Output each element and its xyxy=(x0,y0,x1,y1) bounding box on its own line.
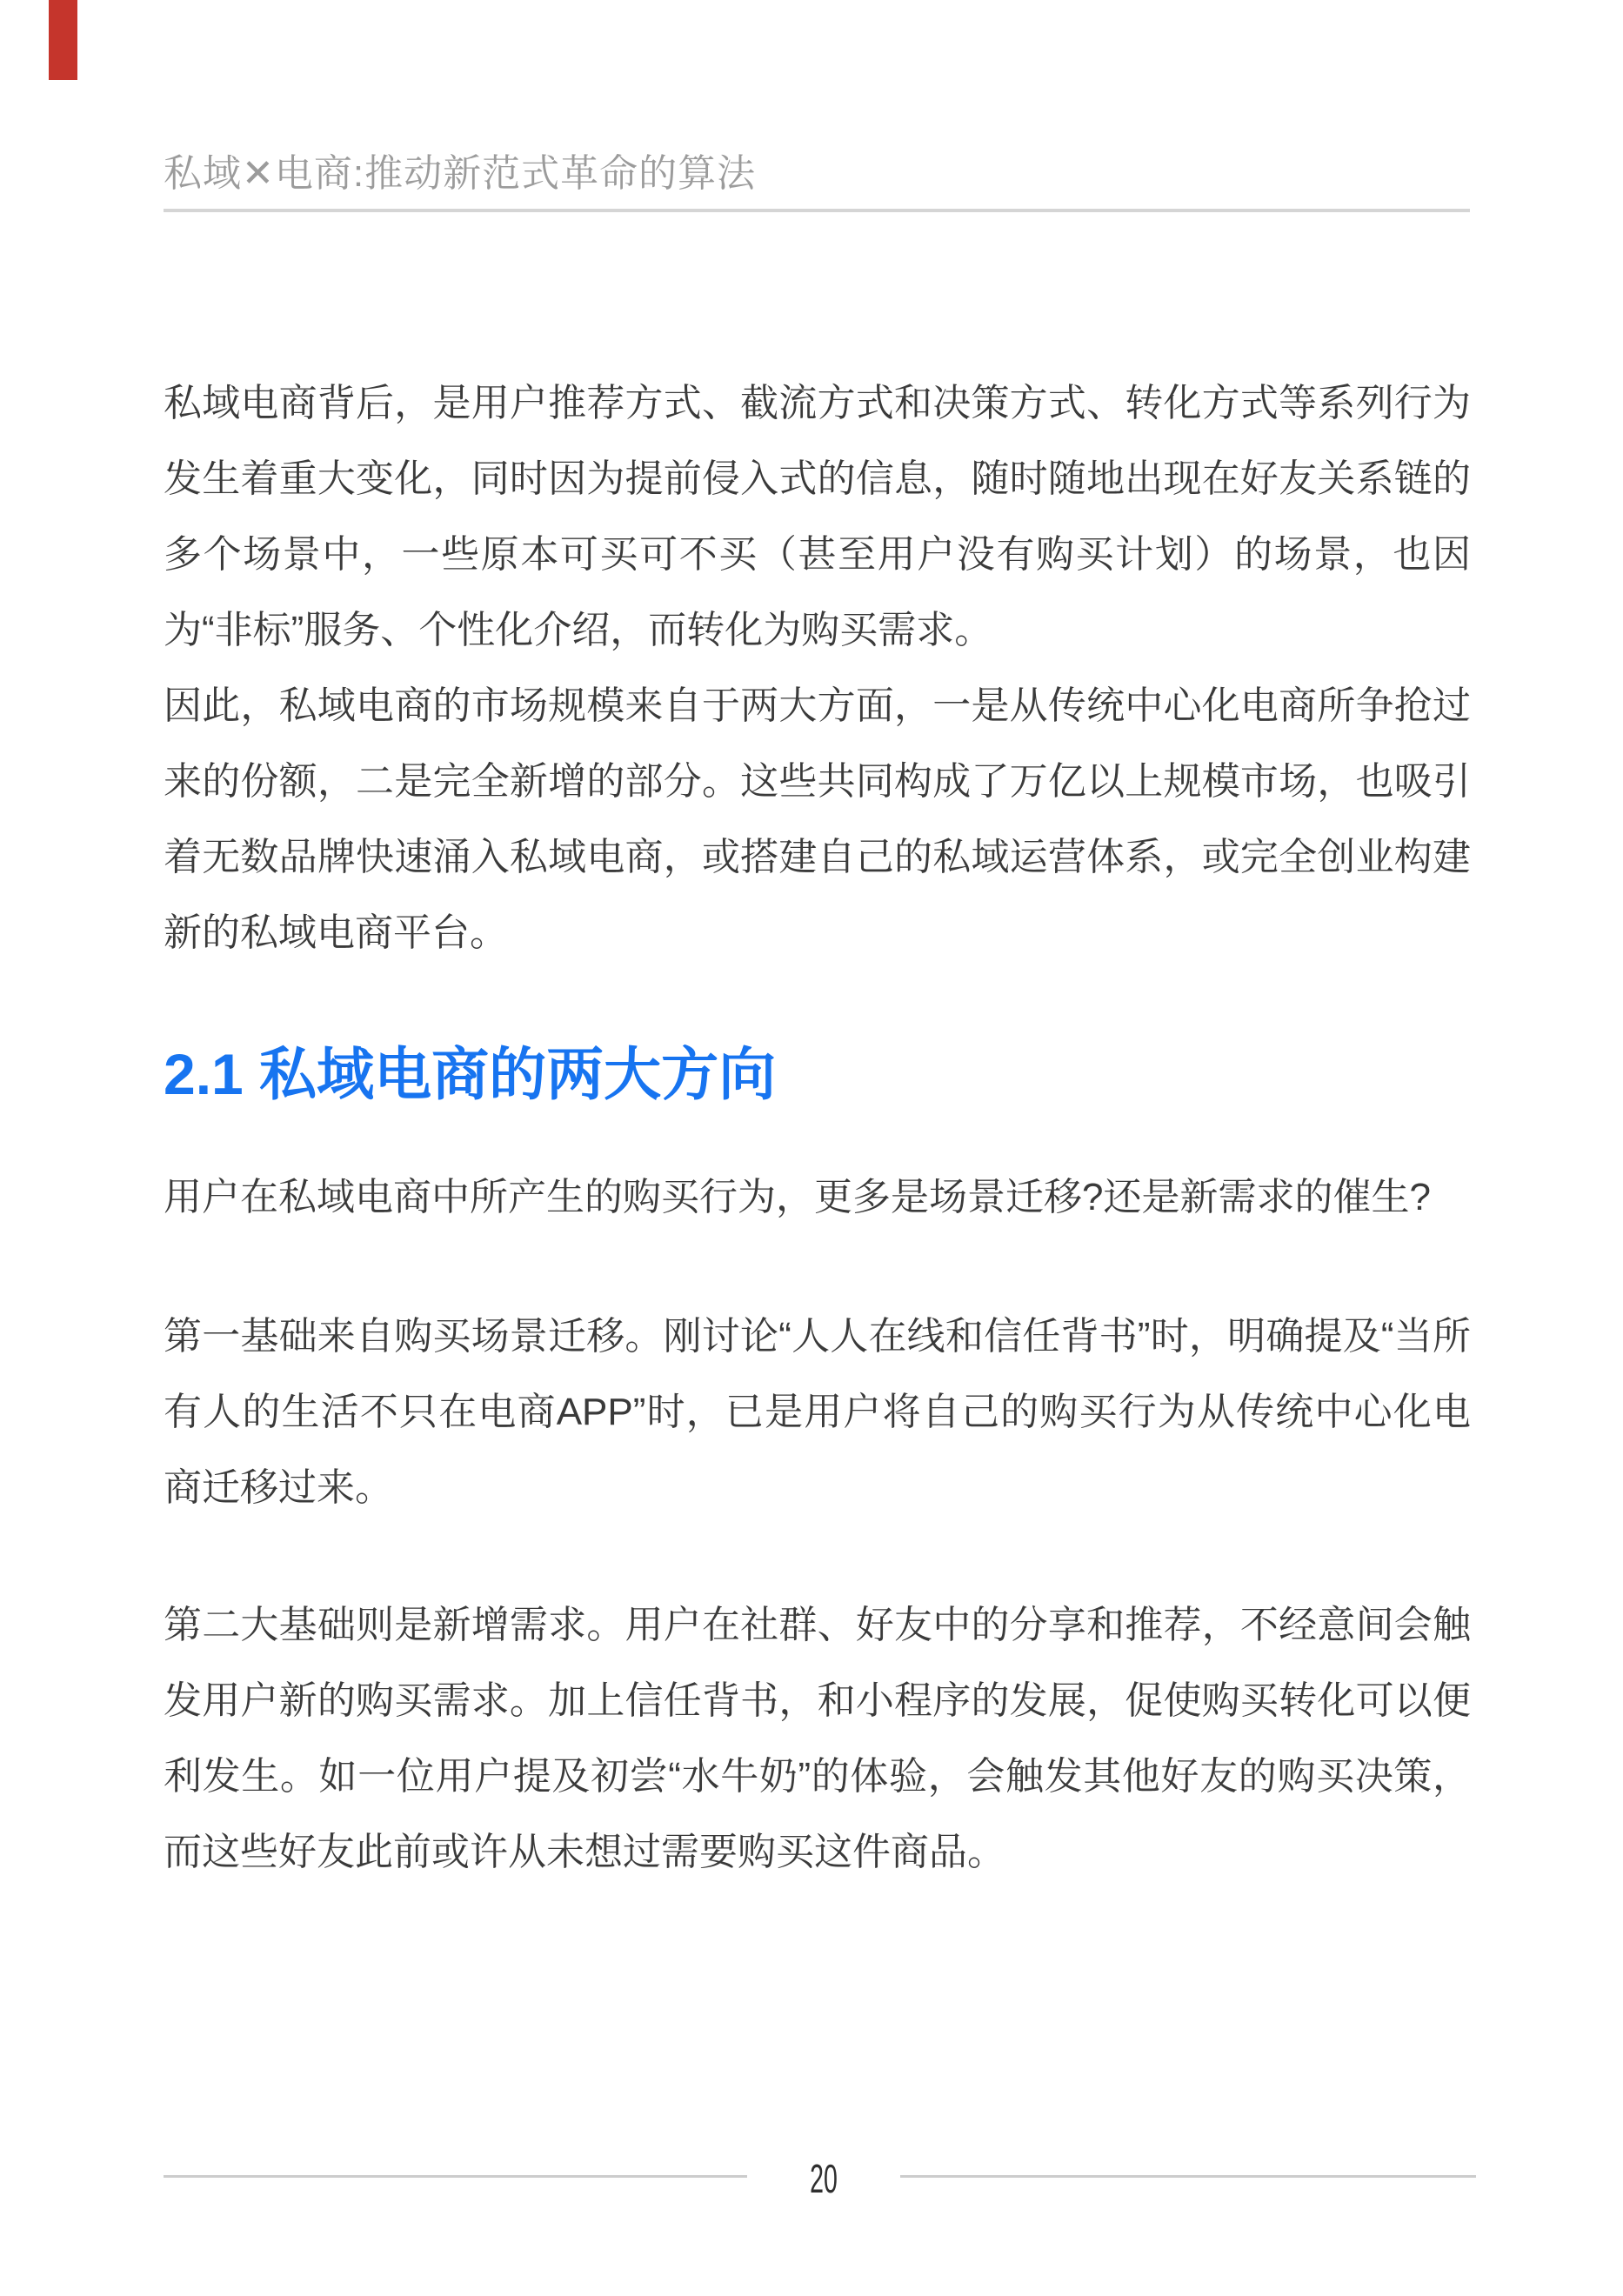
running-header-title: 私域✕电商:推动新范式革命的算法 xyxy=(164,155,756,193)
paragraph-scene-migration: 第一基础来自购买场景迁移。刚讨论“人人在线和信任背书”时，明确提及“当所有人的生… xyxy=(164,1298,1471,1525)
document-page: 私域✕电商:推动新范式革命的算法 私域电商背后，是用户推荐方式、截流方式和决策方… xyxy=(0,0,1623,2296)
paragraph-behavior-change: 私域电商背后，是用户推荐方式、截流方式和决策方式、转化方式等系列行为发生着重大变… xyxy=(164,365,1471,668)
page-number: 20 xyxy=(791,2159,856,2199)
paragraph-market-size: 因此，私域电商的市场规模来自于两大方面，一是从传统中心化电商所争抢过来的份额，二… xyxy=(164,668,1471,971)
paragraph-new-demand: 第二大基础则是新增需求。用户在社群、好友中的分享和推荐，不经意间会触发用户新的购… xyxy=(164,1587,1471,1890)
intro-paragraph-block: 私域电商背后，是用户推荐方式、截流方式和决策方式、转化方式等系列行为发生着重大变… xyxy=(164,365,1471,971)
header-divider xyxy=(164,209,1470,212)
footer-divider-right xyxy=(900,2175,1476,2178)
section-heading-2-1: 2.1 私域电商的两大方向 xyxy=(164,1044,776,1105)
footer-divider-left xyxy=(164,2175,747,2178)
question-paragraph: 用户在私域电商中所产生的购买行为，更多是场景迁移?还是新需求的催生? xyxy=(164,1159,1471,1235)
bookmark-ribbon-icon xyxy=(49,0,77,80)
